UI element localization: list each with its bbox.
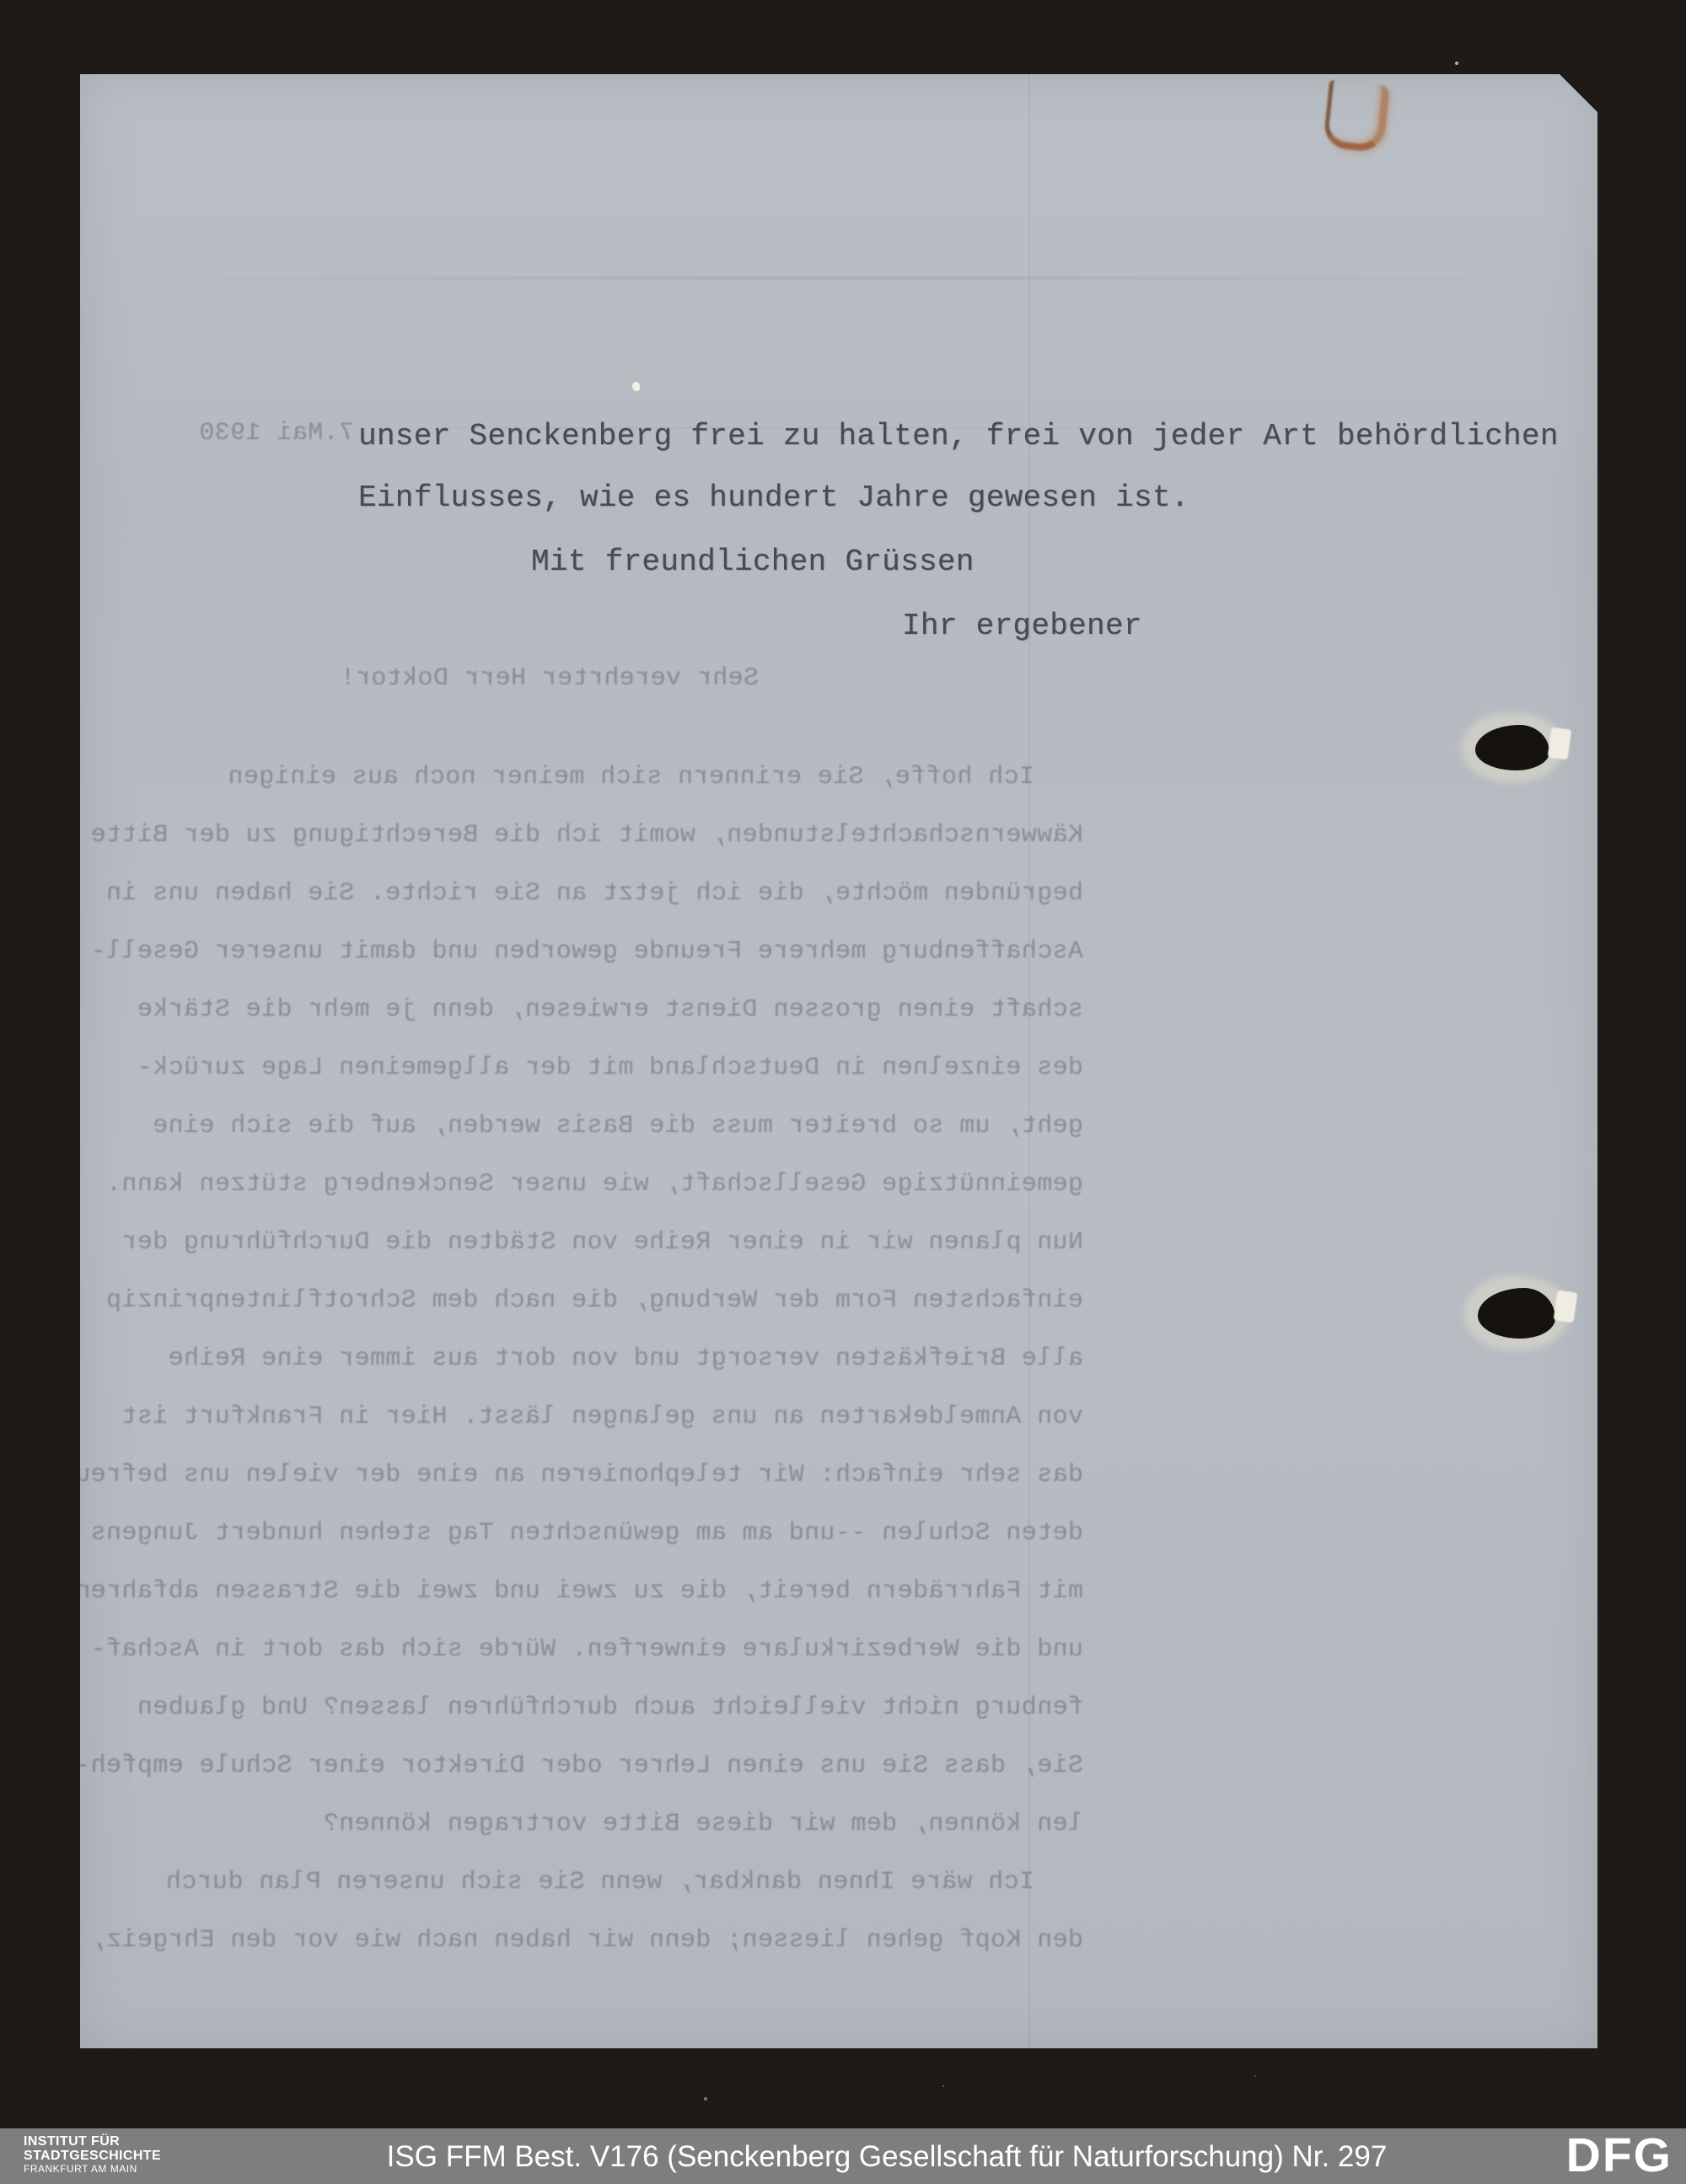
bleed-line: deten Schulen --und am am gewünschten Ta… <box>90 1519 1083 1548</box>
torn-paper-chip <box>1548 727 1572 760</box>
isg-logo-line2: STADTGESCHICHTE <box>24 2149 161 2163</box>
punch-hole <box>1475 725 1549 770</box>
bleed-salutation: Sehr verehrter Herr Doktor! <box>340 664 759 693</box>
bleed-date: 7.Mai 1930 <box>199 419 354 448</box>
isg-logo-line1: INSTITUT FÜR <box>24 2134 161 2149</box>
typed-closing: Mit freundlichen Grüssen <box>531 545 975 579</box>
bleed-line: den Kopf gehen liessen; denn wir haben n… <box>90 1926 1083 1955</box>
archive-scan-page: 7.Mai 1930 Sehr verehrter Herr Doktor! I… <box>0 0 1686 2184</box>
typed-signoff: Ihr ergebener <box>902 609 1142 643</box>
bleed-line: von Anmeldekarten an uns gelangen lässt.… <box>121 1403 1083 1431</box>
bleed-line: len können, dem wir diese Bitte vortrage… <box>323 1810 1083 1838</box>
archive-reference: ISG FFM Best. V176 (Senckenberg Gesellsc… <box>387 2140 1388 2174</box>
typed-line-1: unser Senckenberg frei zu halten, frei v… <box>358 419 1559 453</box>
typed-line-2: Einflusses, wie es hundert Jahre gewesen… <box>358 480 1189 515</box>
bleed-line: Ich hoffe, Sie erinnern sich meiner noch… <box>228 763 1034 791</box>
bleed-line: alle Briefkästen versorgt und von dort a… <box>168 1344 1083 1373</box>
bleed-line: geht, um so breiter muss die Basis werde… <box>153 1112 1083 1140</box>
bleed-line: Ich wäre Ihnen dankbar, wenn Sie sich un… <box>165 1868 1034 1897</box>
dfg-logo: DFG <box>1566 2128 1673 2182</box>
isg-logo: INSTITUT FÜR STADTGESCHICHTE FRANKFURT A… <box>24 2134 161 2176</box>
letter-page: 7.Mai 1930 Sehr verehrter Herr Doktor! I… <box>80 74 1597 2048</box>
punch-hole <box>1478 1288 1555 1339</box>
scanner-dust-specks <box>0 0 2 2</box>
bleed-line: einfachsten Form der Werbung, die nach d… <box>106 1286 1083 1315</box>
bleed-line: begründen möchte, die ich jetzt an Sie r… <box>106 879 1083 908</box>
bleed-line: schaft einen grossen Dienst erwiesen, de… <box>137 995 1083 1024</box>
bleed-line: Käwwernschachtelstunden, womit ich die B… <box>90 821 1083 850</box>
bleed-line: mit Fahrrädern bereit, die zu zwei und z… <box>75 1577 1083 1606</box>
bleed-through-text: 7.Mai 1930 Sehr verehrter Herr Doktor! I… <box>84 74 1087 2048</box>
archive-footer-bar: INSTITUT FÜR STADTGESCHICHTE FRANKFURT A… <box>0 2128 1686 2184</box>
torn-paper-chip <box>1554 1291 1578 1323</box>
bleed-line: fenburg nicht vielleicht auch durchführe… <box>137 1693 1083 1722</box>
bleed-line: des einzelnen in Deutschland mit der all… <box>137 1054 1083 1082</box>
bleed-line: Sie, dass Sie uns einen Lehrer oder Dire… <box>75 1752 1083 1780</box>
bleed-line: das sehr einfach: Wir telephonieren an e… <box>44 1461 1083 1489</box>
rust-paperclip-mark <box>1323 79 1390 153</box>
isg-logo-line3: FRANKFURT AM MAIN <box>24 2163 161 2176</box>
bleed-line: Nun planen wir in einer Reihe von Städte… <box>121 1228 1083 1257</box>
bleed-line: Aschaffenburg mehrere Freunde geworben u… <box>90 937 1083 966</box>
bleed-line: gemeinnützige Gesellschaft, wie unser Se… <box>106 1170 1083 1199</box>
bleed-line: und die Werbezirkulare einwerfen. Würde … <box>90 1635 1083 1664</box>
